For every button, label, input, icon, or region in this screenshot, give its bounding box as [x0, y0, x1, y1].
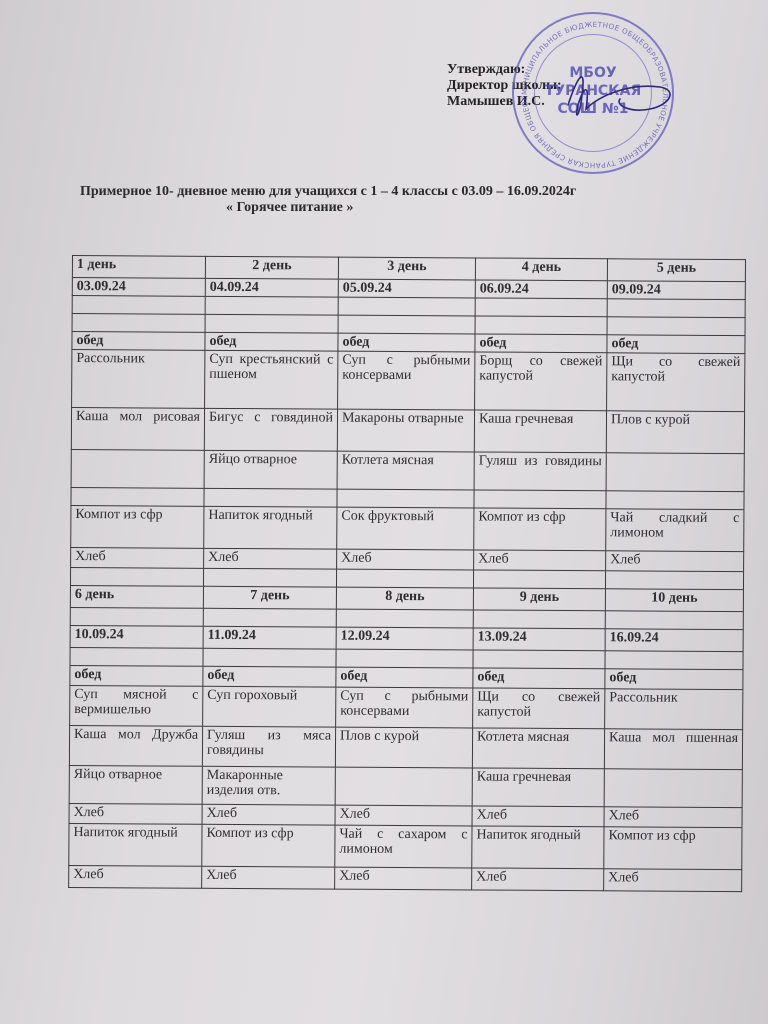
blank-cell	[336, 649, 473, 668]
table-cell: Хлеб	[474, 550, 606, 571]
table-cell: 11.09.24	[203, 626, 336, 649]
table-cell: 06.09.24	[475, 280, 607, 299]
blank-cell	[475, 316, 607, 335]
table-cell: Чай с сахаром с лимоном	[335, 825, 472, 868]
approval-position: Директор школы:	[447, 78, 562, 94]
table-cell: Яйцо отварное	[204, 450, 337, 489]
table-cell: Компот из сфр	[71, 505, 204, 548]
table-cell: Чай сладкий с лимоном	[606, 509, 744, 552]
table-cell: Макароны отварные	[337, 409, 474, 452]
table-cell: 12.09.24	[336, 627, 473, 650]
table-cell: 10 день	[605, 589, 743, 612]
table-cell: Хлеб	[335, 805, 472, 826]
table-cell: Суп с рыбными консервами	[338, 351, 475, 410]
table-cell: Хлеб	[202, 866, 335, 889]
blank-cell	[605, 611, 743, 630]
table-cell: Каша гречневая	[472, 768, 604, 807]
blank-cell	[70, 607, 203, 626]
blank-cell	[203, 648, 336, 667]
table-cell: Напиток ягодный	[204, 506, 337, 549]
table-cell: Хлеб	[69, 865, 202, 888]
title-line-1: Примерное 10- дневное меню для учащихся …	[80, 184, 720, 200]
blank-cell	[72, 314, 205, 333]
table-cell: Бигус с говядиной	[204, 408, 337, 451]
table-cell: Котлета мясная	[337, 451, 474, 490]
main-course-row: Каша мол ДружбаГуляш из мяса говядиныПло…	[69, 725, 742, 769]
table-cell: обед	[205, 332, 338, 351]
table-cell: 4 день	[475, 258, 607, 281]
table-cell	[335, 767, 472, 806]
table-cell: Яйцо отварное	[69, 765, 202, 804]
blank-cell	[338, 315, 475, 334]
table-cell: обед	[72, 332, 205, 351]
table-cell: Плов с курой	[606, 411, 744, 454]
table-cell: Хлеб	[604, 869, 742, 892]
table-cell: Каша мол Дружба	[69, 725, 202, 766]
table-cell: Компот из сфр	[474, 508, 606, 551]
table-cell: Плов с курой	[335, 727, 472, 768]
table-cell	[604, 769, 742, 808]
table-cell	[606, 453, 744, 492]
table-cell: 6 день	[70, 585, 203, 608]
blank-cell	[203, 608, 336, 627]
table-cell: Хлеб	[69, 803, 202, 824]
main-course-row: Каша мол рисоваяБигус с говядинойМакарон…	[71, 408, 744, 454]
drink-row: Компот из сфрНапиток ягодныйСок фруктовы…	[71, 505, 744, 551]
table-cell: Суп крестьянский с пшеном	[205, 350, 338, 409]
table-cell: Рассольник	[72, 350, 205, 409]
signature-icon	[560, 65, 680, 135]
table-cell: Компот из сфр	[604, 827, 742, 870]
table-cell: обед	[473, 668, 605, 689]
approval-block: Утверждаю: Директор школы: Мамышев И.С.	[447, 62, 562, 110]
table-cell: 1 день	[72, 256, 205, 279]
approval-heading: Утверждаю:	[447, 62, 562, 78]
table-cell: 5 день	[607, 259, 745, 282]
table-cell: Напиток ягодный	[69, 823, 202, 866]
table-cell: Гуляш из мяса говядины	[202, 726, 335, 767]
table-cell: Хлеб	[472, 806, 604, 827]
table-cell: обед	[203, 666, 336, 687]
table-cell: 3 день	[338, 257, 475, 280]
table-cell: Хлеб	[204, 548, 337, 569]
table-cell: 05.09.24	[338, 279, 475, 298]
blank-cell	[607, 299, 745, 318]
blank-cell	[607, 317, 745, 336]
side-dish-row: Яйцо отварноеКотлета мяснаяГуляш из говя…	[71, 449, 744, 491]
table-cell: Борщ со свежей капустой	[475, 352, 607, 411]
table-cell: Суп с рыбными консервами	[336, 687, 473, 728]
bread-row: ХлебХлебХлебХлебХлеб	[69, 865, 742, 891]
table-cell: Рассольник	[605, 689, 743, 730]
table-cell: Хлеб	[71, 547, 204, 568]
table-cell: 09.09.24	[607, 281, 745, 300]
blank-cell	[71, 487, 204, 506]
blank-cell	[205, 314, 338, 333]
document-title: Примерное 10- дневное меню для учащихся …	[80, 184, 720, 216]
blank-cell	[205, 296, 338, 315]
blank-cell	[605, 571, 743, 590]
table-cell: Котлета мясная	[472, 728, 604, 769]
table-cell: обед	[70, 665, 203, 686]
table-cell: Суп гороховый	[203, 686, 336, 727]
first-course-row: Суп мясной с вермишельюСуп гороховыйСуп …	[70, 685, 743, 729]
blank-cell	[338, 297, 475, 316]
table-cell: Каша гречневая	[474, 410, 606, 453]
table-cell: 2 день	[205, 256, 338, 279]
table-cell: Напиток ягодный	[472, 826, 604, 869]
side-dish-row: Яйцо отварноеМакаронные изделия отв.Каша…	[69, 765, 742, 807]
table-cell: Каша мол рисовая	[71, 408, 204, 451]
table-cell: 13.09.24	[473, 628, 605, 651]
blank-cell	[473, 650, 605, 669]
blank-cell	[474, 490, 606, 509]
table-cell: Хлеб	[472, 868, 604, 891]
table-cell: Хлеб	[337, 549, 474, 570]
blank-cell	[606, 491, 744, 510]
table-cell: обед	[336, 667, 473, 688]
blank-cell	[203, 568, 336, 587]
table-cell: 04.09.24	[205, 278, 338, 297]
table-cell: обед	[338, 333, 475, 352]
table-cell: 8 день	[336, 587, 473, 610]
table-cell: 10.09.24	[70, 625, 203, 648]
drink-row: Напиток ягодныйКомпот из сфрЧай с сахаро…	[69, 823, 742, 869]
table-cell: Макаронные изделия отв.	[202, 766, 335, 805]
table-cell: 16.09.24	[605, 629, 743, 652]
blank-cell	[70, 647, 203, 666]
table-cell: 7 день	[203, 586, 336, 609]
table-cell: обед	[607, 335, 745, 354]
blank-cell	[473, 570, 605, 589]
table-cell: Хлеб	[604, 807, 742, 828]
blank-cell	[72, 296, 205, 315]
blank-cell	[70, 567, 203, 586]
table-cell	[71, 449, 204, 488]
approval-director-name: Мамышев И.С.	[447, 94, 562, 110]
table-cell: Каша мол пшенная	[604, 729, 742, 770]
menu-table-body: 1 день2 день3 день4 день5 день03.09.2404…	[69, 256, 746, 892]
blank-cell	[204, 488, 337, 507]
blank-cell	[336, 569, 473, 588]
table-cell: Хлеб	[202, 804, 335, 825]
table-cell: 9 день	[473, 588, 605, 611]
blank-cell	[605, 651, 743, 670]
blank-cell	[337, 489, 474, 508]
table-cell: Щи со свежей капустой	[607, 353, 745, 412]
blank-cell	[336, 609, 473, 628]
table-cell: 03.09.24	[72, 278, 205, 297]
title-line-2: « Горячее питание »	[80, 200, 720, 216]
table-cell: Суп мясной с вермишелью	[70, 685, 203, 726]
blank-cell	[475, 298, 607, 317]
first-course-row: РассольникСуп крестьянский с пшеномСуп с…	[72, 350, 745, 412]
table-cell: Сок фруктовый	[337, 507, 474, 550]
table-cell: обед	[475, 334, 607, 353]
table-cell: обед	[605, 669, 743, 690]
table-cell: Гуляш из говядины	[474, 452, 606, 491]
table-cell: Хлеб	[606, 551, 744, 572]
table-cell: Щи со свежей капустой	[473, 688, 605, 729]
table-cell: Компот из сфр	[202, 824, 335, 867]
blank-cell	[473, 610, 605, 629]
table-cell: Хлеб	[335, 867, 472, 890]
menu-table: 1 день2 день3 день4 день5 день03.09.2404…	[68, 255, 746, 892]
